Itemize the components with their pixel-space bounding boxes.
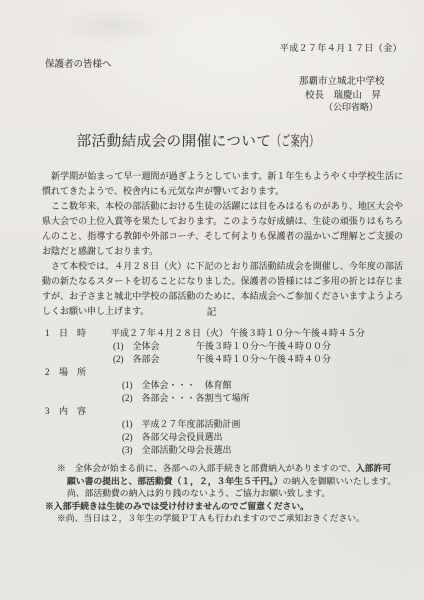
section-place-heading: 2場 所 [45, 366, 413, 379]
seal-omitted-note: （公印省略） [324, 100, 378, 113]
content-item: (1) 平成２７年度部活動計画 [45, 418, 413, 431]
document-title-paren: （ご案内） [272, 130, 319, 151]
ki-marker: 記 [0, 304, 424, 318]
body-paragraph-2: ここ数年来、本校の部活動における生徒の活躍には目をみはるものがあり、地区大会や県… [42, 199, 403, 259]
content-item: (2) 各部父母会役員選出 [45, 431, 413, 444]
scanned-notice-page: 平成２７年４月１７日（金） 保護者の皆様へ 那覇市立城北中学校 校長 瑞慶山 昇… [0, 0, 424, 600]
section-heading: 日 時 [59, 328, 86, 338]
section-number: 1 [45, 327, 59, 340]
section-label: 2場 所 [45, 366, 111, 379]
footnote-fee-pre: ※ 全体会が始まる前に、各部への入部手続きと部費納入がありますので、 [57, 463, 356, 473]
datetime-item-value: 午後３時１０分～午後４時００分 [196, 341, 331, 351]
section-number: 2 [45, 366, 59, 379]
details-list: 1日 時平成２７年４月２８日（火）午後３時１０分～午後４時４５分 (1) 全体会… [45, 327, 413, 457]
section-heading: 内 容 [59, 406, 86, 416]
datetime-item: (2) 各部会午後４時１０分～午後４時４０分 [45, 353, 413, 366]
footnote-class-pta: ※尚、当日は２，３年生の学級ＰＴＡも行われますのでご承知おきください。 [45, 512, 397, 525]
meeting-time-overall: 午後３時１０分～午後４時４５分 [230, 328, 365, 338]
place-item: (1) 全体会・・・ 体育館 [45, 379, 413, 392]
section-label: 3内 容 [45, 405, 111, 418]
footnote-fee-post: の納入を御願いいたします。 [283, 476, 397, 486]
document-title-main: 部活動結成会の開催について [77, 134, 272, 150]
footnote-change: 尚、部活動費の納入は釣り銭のないよう、ご協力お願い致します。 [45, 487, 397, 500]
datetime-item-label: (1) 全体会 [113, 340, 196, 353]
content-item: (3) 全部活動父母会長選出 [45, 444, 413, 457]
meeting-date: 平成２７年４月２８日（火） [111, 327, 230, 340]
footnotes: ※ 全体会が始まる前に、各部への入部手続きと部費納入がありますので、入部許可願い… [45, 462, 397, 525]
body-paragraph-1: 新学期が始まって早一週間が過ぎようとしています。新１年生もようやく中学校生活に慣… [42, 169, 403, 199]
principal-name: 校長 瑞慶山 昇 [305, 87, 381, 101]
document-title: 部活動結成会の開催について（ご案内） [0, 130, 424, 151]
footnote-guardian-required: ※入部手続きは生徒のみでは受け付けませんのでご留意ください。 [45, 500, 397, 513]
section-datetime-heading: 1日 時平成２７年４月２８日（火）午後３時１０分～午後４時４５分 [45, 327, 413, 340]
place-item: (2) 各部会・・・各割当て場所 [45, 392, 413, 405]
footnote-fee: ※ 全体会が始まる前に、各部への入部手続きと部費納入がありますので、入部許可願い… [45, 462, 397, 487]
section-number: 3 [45, 405, 59, 418]
section-content-heading: 3内 容 [45, 405, 413, 418]
section-heading: 場 所 [59, 367, 86, 377]
datetime-item-value: 午後４時１０分～午後４時４０分 [196, 354, 331, 364]
datetime-item: (1) 全体会午後３時１０分～午後４時００分 [45, 340, 413, 353]
datetime-item-label: (2) 各部会 [113, 353, 196, 366]
section-label: 1日 時 [45, 327, 111, 340]
school-name: 那覇市立城北中学校 [299, 73, 385, 87]
body-paragraphs: 新学期が始まって早一週間が過ぎようとしています。新１年生もようやく中学校生活に慣… [42, 169, 403, 319]
recipient-line: 保護者の皆様へ [45, 56, 112, 70]
document-date: 平成２７年４月１７日（金） [280, 41, 402, 54]
